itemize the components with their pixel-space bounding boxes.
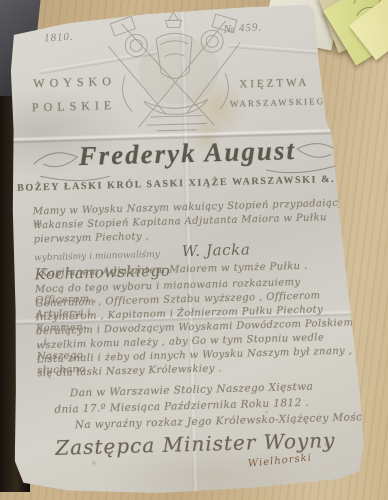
coat-of-arms-emblem — [93, 2, 257, 142]
signature: Wielhorski — [248, 452, 313, 469]
registry-number-left: 1810. — [44, 31, 74, 45]
document-paper: 1810. № 459. WOYSKO POLSKIE XIĘZTWA WARS… — [0, 3, 383, 499]
photo-of-document-on-desk: 1810. № 459. WOYSKO POLSKIE XIĘZTWA WARS… — [0, 0, 388, 500]
grant-lead-text: wybraliśmy i mianowaliśmy — [34, 250, 160, 264]
